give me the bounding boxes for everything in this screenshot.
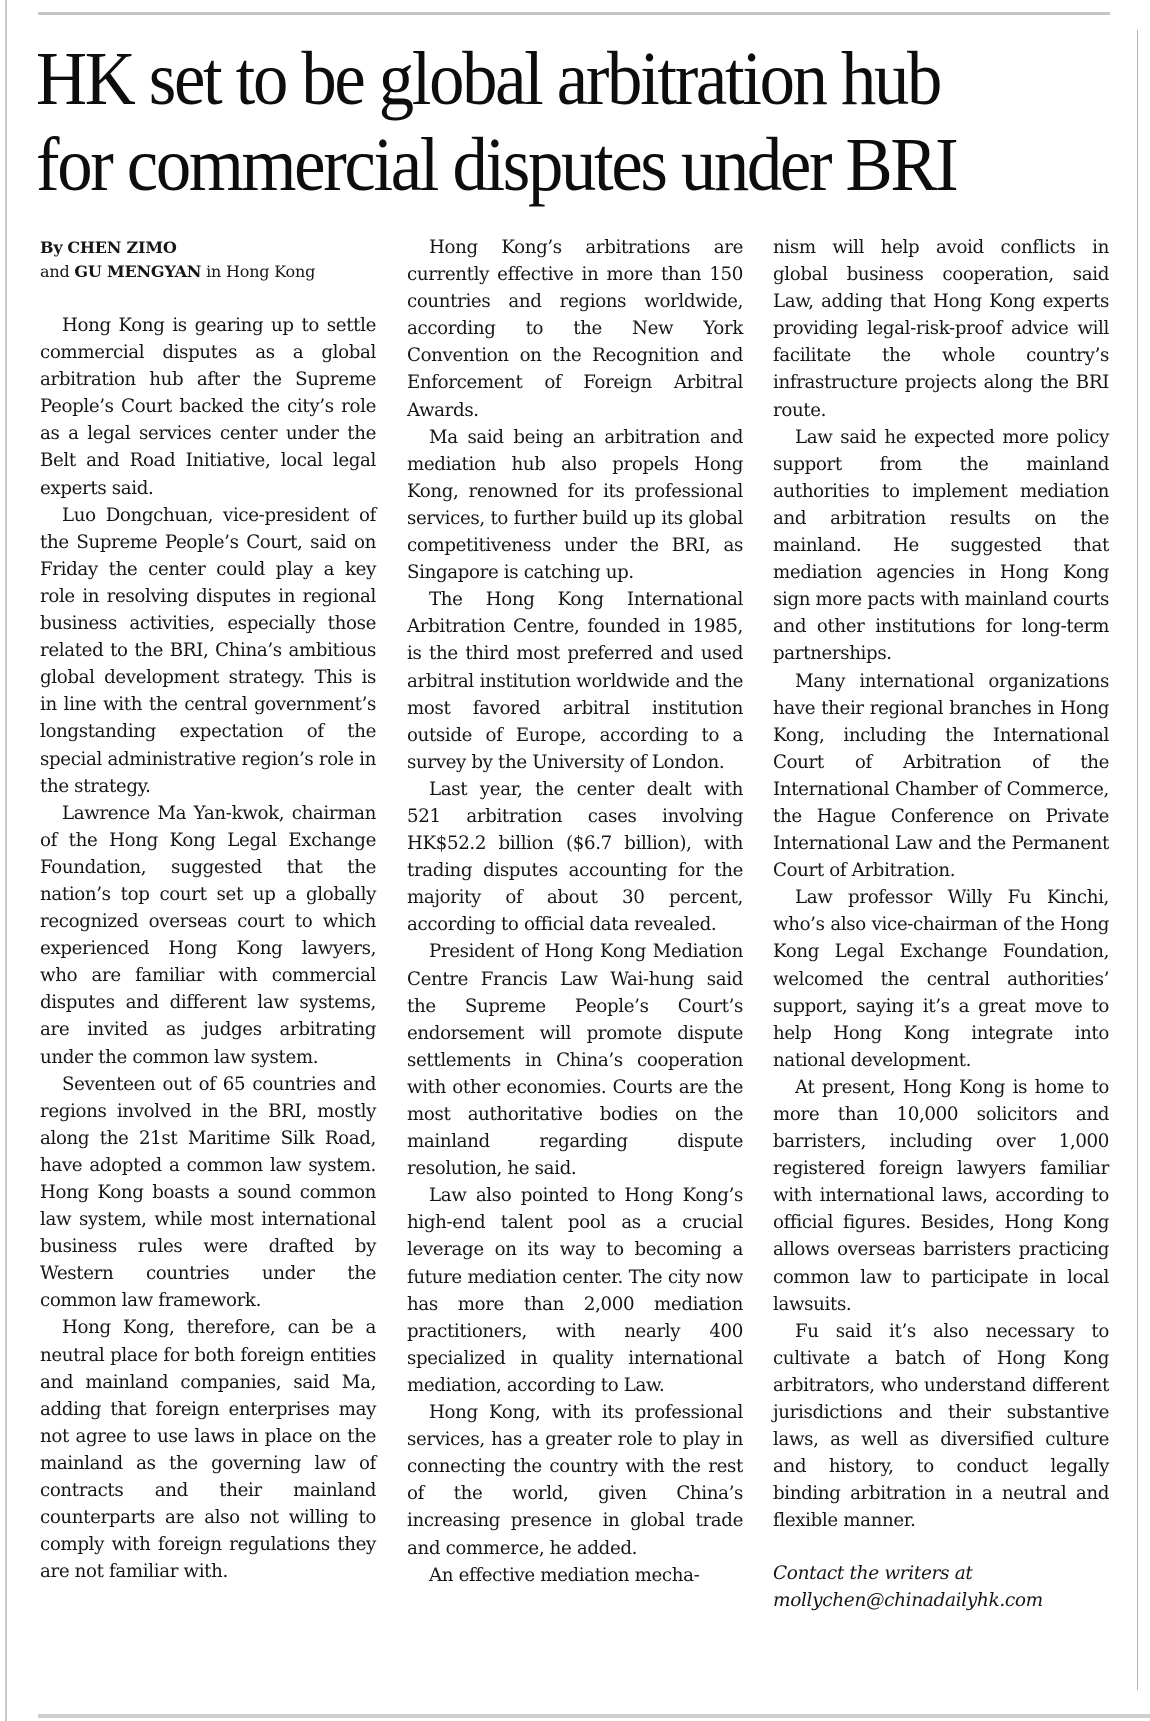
paragraph: Hong Kong is gearing up to settle commer… [40, 312, 376, 502]
paragraph: The Hong Kong International Arbitration … [407, 586, 743, 776]
byline-line-1: By CHEN ZIMO [40, 236, 376, 260]
paragraph: Law said he expected more policy support… [773, 424, 1109, 668]
paragraph: Last year, the center dealt with 521 arb… [407, 776, 743, 939]
paragraph: Lawrence Ma Yan-kwok, chairman of the Ho… [40, 800, 376, 1071]
bottom-divider-rule [38, 1714, 1150, 1718]
paragraph: President of Hong Kong Mediation Centre … [407, 938, 743, 1182]
paragraph: Hong Kong’s arbitrations are currently e… [407, 234, 743, 424]
paragraph: Hong Kong, therefore, can be a neutral p… [40, 1314, 376, 1585]
paragraph: At present, Hong Kong is home to more th… [773, 1074, 1109, 1318]
paragraph: An effective mediation mecha- [407, 1562, 743, 1589]
contact-email[interactable]: mollychen@chinadailyhk.com [773, 1587, 1109, 1614]
headline: HK set to be global arbitration hub for … [36, 36, 1040, 208]
byline: By CHEN ZIMO and GU MENGYAN in Hong Kong [40, 236, 376, 284]
article-column-2: Hong Kong’s arbitrations are currently e… [407, 234, 743, 1589]
top-divider-rule [38, 12, 1110, 15]
paragraph: Many international organizations have th… [773, 668, 1109, 885]
author-1: CHEN ZIMO [67, 238, 176, 257]
byline-location: in Hong Kong [206, 262, 315, 281]
paragraph: Fu said it’s also necessary to cultivate… [773, 1318, 1109, 1535]
article-column-3: nism will help avoid conflicts in global… [773, 234, 1109, 1614]
author-2: GU MENGYAN [74, 262, 201, 281]
paragraph: Hong Kong, with its professional service… [407, 1399, 743, 1562]
byline-line-2: and GU MENGYAN in Hong Kong [40, 260, 376, 284]
article-column-1: By CHEN ZIMO and GU MENGYAN in Hong Kong… [40, 236, 376, 1585]
paragraph: Seventeen out of 65 countries and region… [40, 1071, 376, 1315]
byline-prefix: By [40, 238, 62, 257]
paragraph: Law professor Willy Fu Kinchi, who’s als… [773, 884, 1109, 1074]
contact-label: Contact the writers at [773, 1560, 1109, 1587]
left-border-rule [5, 0, 7, 1721]
paragraph: Ma said being an arbitration and mediati… [407, 424, 743, 587]
byline-connector: and [40, 262, 70, 281]
headline-line-1: HK set to be global arbitration hub [36, 36, 1040, 122]
right-border-rule [1137, 30, 1138, 1690]
contact-info: Contact the writers at mollychen@chinada… [773, 1560, 1109, 1614]
paragraph: Luo Dongchuan, vice-president of the Sup… [40, 502, 376, 800]
paragraph: Law also pointed to Hong Kong’s high-end… [407, 1182, 743, 1399]
headline-line-2: for commercial disputes under BRI [36, 122, 1040, 208]
paragraph-continuation: nism will help avoid conflicts in global… [773, 234, 1109, 424]
